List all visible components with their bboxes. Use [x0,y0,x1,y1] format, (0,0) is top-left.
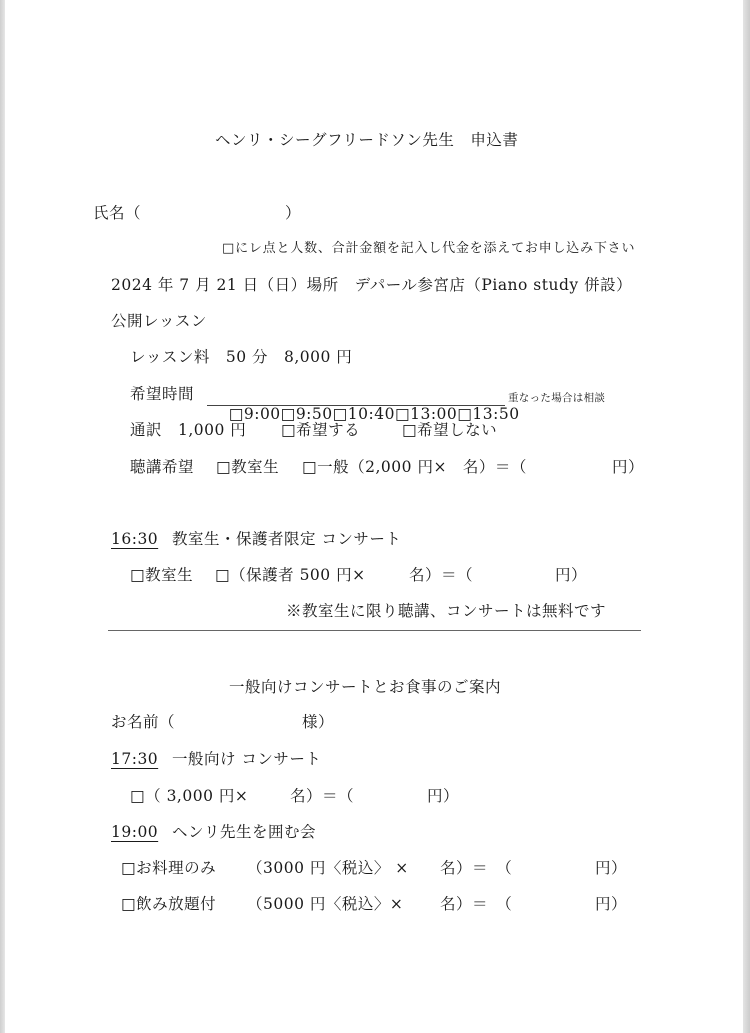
student-concert-title: 教室生・保護者限定 コンサート [172,529,401,549]
general-name-label: お名前（ [111,712,175,732]
form-title: ヘンリ・シーグフリードソン先生 申込書 [215,130,518,150]
guardian-count-close: 名）＝（ [409,565,473,585]
dinner-time: 19:00 [111,822,158,842]
guardian-yen-close: 円） [555,565,587,585]
dinner-title: ヘンリ先生を囲む会 [172,822,316,842]
general-concert-yen-close: 円） [427,786,459,806]
dinner-drinks-count-close: 名）＝ （ [440,894,512,914]
time-overlap-note: 重なった場合は相談 [508,388,605,408]
interpreter-yes-checkbox[interactable]: □希望する [281,420,360,440]
dinner-drinks-price: （5000 円〈税込〉× [247,894,403,914]
dinner-food-only-checkbox[interactable]: □お料理のみ [121,858,216,878]
interpreter-no-checkbox[interactable]: □希望しない [402,420,497,440]
dinner-drinks-yen-close: 円） [595,894,627,914]
general-concert-count-close: 名）＝（ [290,786,354,806]
concert-student-checkbox[interactable]: □教室生 [130,565,193,585]
concert-guardian-checkbox[interactable]: □（保護者 500 円× [215,565,366,585]
general-concert-checkbox[interactable]: □（ 3,000 円× [130,786,248,806]
dinner-food-only-price: （3000 円〈税込〉 × [247,858,409,878]
audit-student-checkbox[interactable]: □教室生 [216,457,279,477]
page-edge-left [0,0,5,1033]
dinner-drinks-checkbox[interactable]: □飲み放題付 [121,894,216,914]
general-concert-time: 17:30 [111,749,158,769]
section-divider [108,630,641,631]
name-label: 氏名（ [93,203,141,223]
dinner-food-only-count-close: 名）＝ （ [440,858,512,878]
general-section-heading: 一般向けコンサートとお食事のご案内 [229,677,501,697]
dinner-food-only-yen-close: 円） [595,858,627,878]
audit-yen-close: 円） [612,457,644,477]
preferred-time-label: 希望時間 [130,384,194,404]
time-slot-group: □9:00□9:50□10:40□13:00□13:50 [207,384,505,406]
student-concert-time: 16:30 [111,529,158,549]
interpreter-label: 通訳 1,000 円 [130,420,246,440]
name-close-paren: ） [285,203,301,223]
event-date-location: 2024 年 7 月 21 日（日）場所 デパール参宮店（Piano study… [111,275,632,295]
page-edge-right [743,0,750,1033]
public-lesson-heading: 公開レッスン [111,311,207,331]
instruction-text: □にレ点と人数、合計金額を記入し代金を添えてお申し込み下さい [222,239,635,259]
student-concert-note: ※教室生に限り聴講、コンサートは無料です [286,601,606,621]
name-input-area[interactable] [155,201,280,223]
audit-general-checkbox[interactable]: □一般（2,000 円× 名）＝（ [302,457,527,477]
general-name-suffix: 様） [302,712,334,732]
lesson-fee: レッスン料 50 分 8,000 円 [130,347,352,367]
audit-label: 聴講希望 [130,457,194,477]
general-concert-title: 一般向け コンサート [172,749,321,769]
